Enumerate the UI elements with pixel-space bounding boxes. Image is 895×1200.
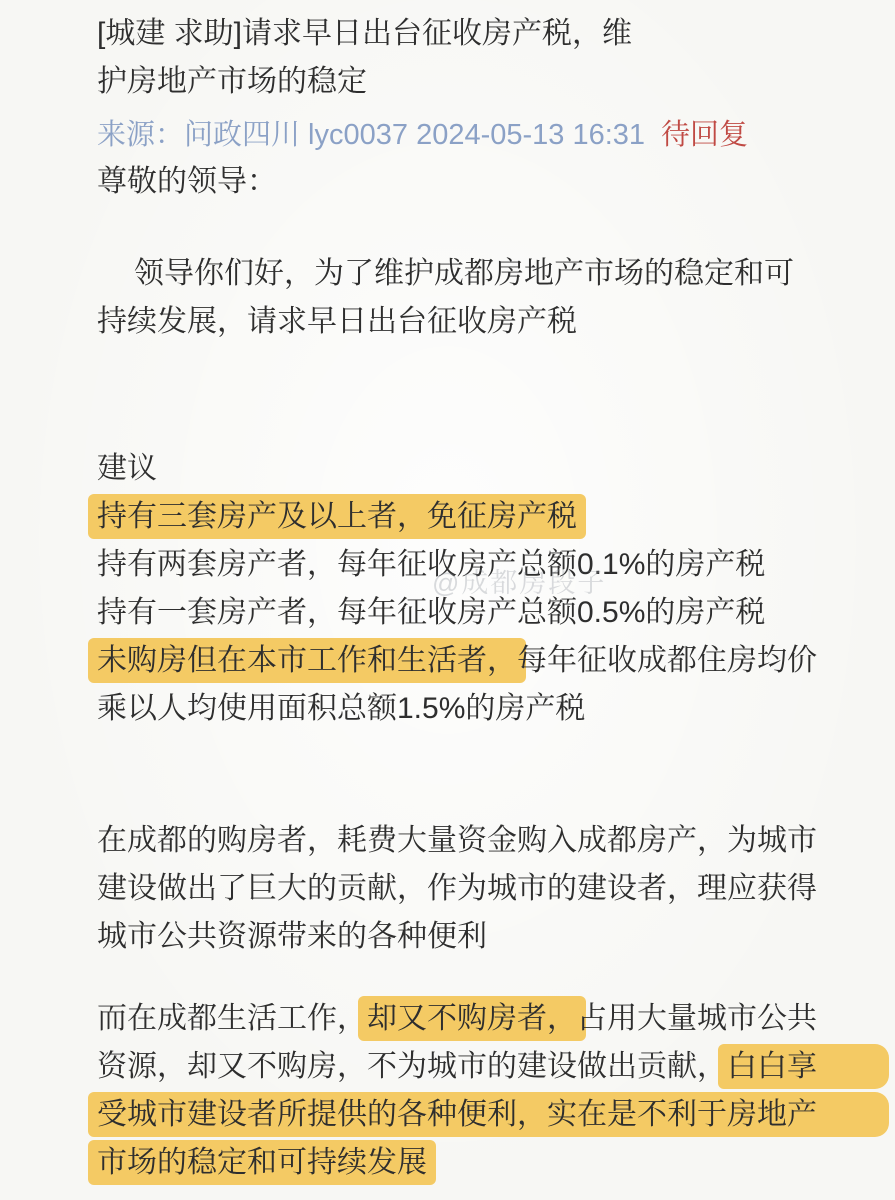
highlighted-text: 市场的稳定和可持续发展 (88, 1140, 436, 1185)
text-segment: 持有一套房产者，每年征收房产总额0.5%的房产税 (97, 596, 765, 629)
petition-page: [城建 求助]请求早日出台征收房产税，维护房地产市场的稳定 来源：问政四川 ly… (0, 0, 895, 1200)
text-segment: 建设做出了巨大的贡献，作为城市的建设者，理应获得 (97, 872, 817, 905)
text-segment: 建议 (97, 452, 157, 485)
text-segment: 护房地产市场的稳定 (97, 65, 367, 98)
text-segment: 而在成都生活工作， (97, 1002, 367, 1035)
text-segment: 在成都的购房者，耗费大量资金购入成都房产，为城市 (97, 824, 817, 857)
text-segment: 持续发展，请求早日出台征收房产税 (97, 305, 577, 338)
text-segment: 持有两套房产者，每年征收房产总额0.1%的房产税 (97, 548, 765, 581)
text-segment: 乘以人均使用面积总额1.5%的房产税 (97, 692, 585, 725)
text-segment: 城市公共资源带来的各种便利 (97, 920, 487, 953)
text-segment: 占用大量城市公共 (577, 1002, 817, 1035)
text-segment: [城建 求助]请求早日出台征收房产税，维 (97, 17, 632, 50)
salutation: 尊敬的领导： (97, 160, 823, 204)
highlighted-text: 持有三套房产及以上者，免征房产税 (88, 494, 586, 539)
highlighted-text: 白白享 (718, 1044, 889, 1089)
text-segment: 领导你们好，为了维护成都房地产市场的稳定和可 (134, 257, 794, 290)
buyers-paragraph: 在成都的购房者，耗费大量资金购入成都房产，为城市建设做出了巨大的贡献，作为城市的… (97, 817, 823, 961)
highlighted-text: 却又不购房者， (358, 996, 586, 1041)
nonbuyers-paragraph: 而在成都生活工作，却又不购房者，占用大量城市公共资源，却又不购房，不为城市的建设… (97, 995, 823, 1187)
suggestion-list: 建议持有三套房产及以上者，免征房产税持有两套房产者，每年征收房产总额0.1%的房… (97, 445, 823, 733)
highlighted-text: 未购房但在本市工作和生活者， (88, 638, 526, 683)
highlighted-text: 受城市建设者所提供的各种便利，实在是不利于房地产 (88, 1092, 889, 1137)
source-line: 来源：问政四川 lyc0037 2024-05-13 16:31待回复 (97, 115, 823, 155)
status-badge: 待回复 (661, 119, 748, 151)
page-title: [城建 求助]请求早日出台征收房产税，维护房地产市场的稳定 (97, 10, 823, 106)
source-text: 来源：问政四川 lyc0037 2024-05-13 16:31 (97, 119, 645, 151)
text-segment: 每年征收成都住房均价 (517, 644, 817, 677)
text-segment: 资源，却又不购房，不为城市的建设做出贡献， (97, 1050, 727, 1083)
intro-paragraph: 领导你们好，为了维护成都房地产市场的稳定和可持续发展，请求早日出台征收房产税 (97, 250, 823, 346)
